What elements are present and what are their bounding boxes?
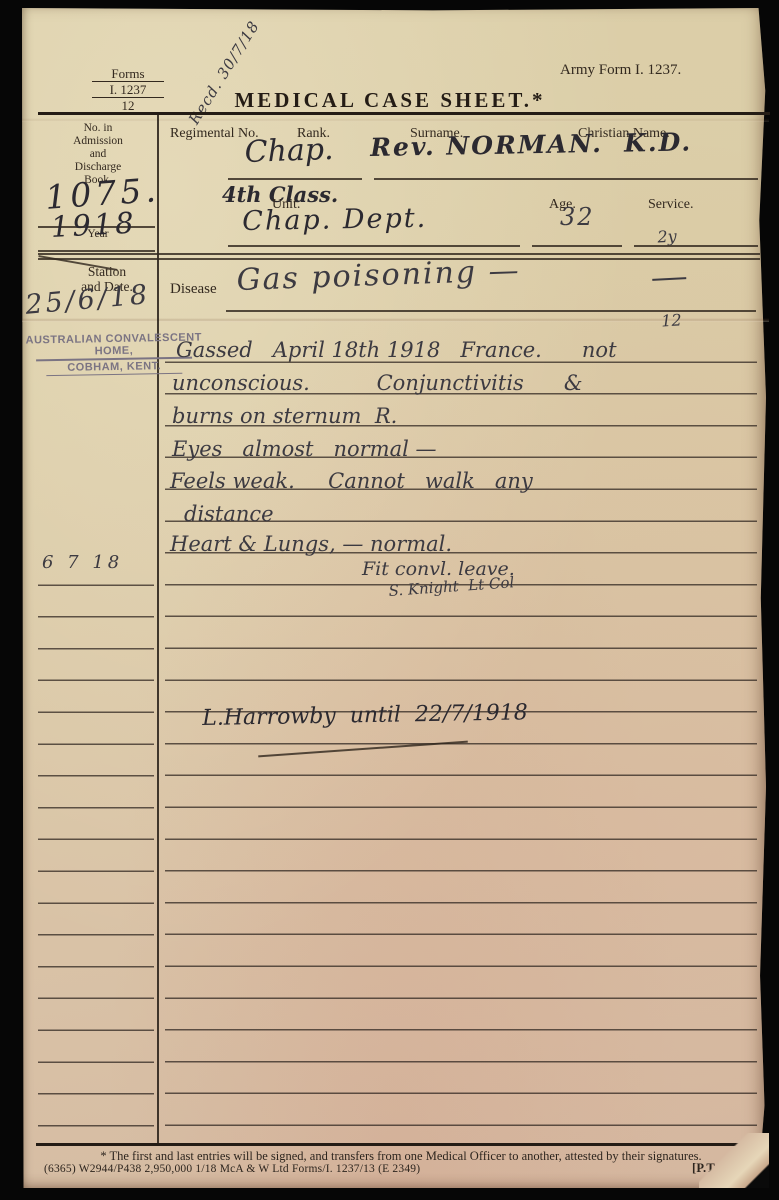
army-form-number: Army Form I. 1237.: [560, 62, 681, 79]
case-note-line: Eyes almost normal —: [172, 437, 437, 461]
case-note-line: distance: [184, 502, 274, 526]
year-value: 1918: [50, 206, 137, 244]
entry-underline: [532, 245, 622, 247]
service-numerator: 2y: [650, 228, 685, 246]
forms-box-line3: 12: [122, 98, 135, 113]
footer-rule: [36, 1143, 768, 1146]
disease-underline: [226, 310, 756, 312]
admission-label-line: Admission: [40, 135, 156, 148]
margin-date: 6 7 18: [42, 552, 123, 573]
forms-box-line2: I. 1237: [92, 82, 164, 98]
service-denominator: 12: [654, 312, 689, 330]
age-value: 32: [560, 203, 595, 231]
entry-underline: [228, 178, 362, 180]
title-rule: [38, 112, 770, 115]
footnote: * The first and last entries will be sig…: [40, 1149, 762, 1164]
case-note-line: burns on sternum R.: [172, 404, 397, 428]
entry-underline: [634, 245, 758, 247]
forms-box-line1: Forms: [92, 66, 164, 82]
page-title: MEDICAL CASE SHEET.*: [160, 88, 620, 113]
case-note-line: Heart & Lungs, — normal.: [170, 532, 452, 556]
left-rule: [38, 250, 155, 252]
admission-label-line: No. in: [40, 122, 156, 135]
forms-box: Forms I. 1237 12: [92, 66, 164, 113]
admission-label-line: and: [40, 148, 156, 161]
case-note-line: Feels weak. Cannot walk any: [170, 469, 533, 493]
disease-label: Disease: [170, 281, 217, 298]
station-label-line: Station: [52, 264, 162, 279]
double-rule-top: [38, 253, 760, 255]
entry-underline: [374, 178, 758, 180]
paper-corner-curl: [699, 1133, 769, 1188]
entry-underline: [228, 245, 520, 247]
medical-case-sheet-scan: Forms I. 1237 12 Recd. 30/7/18 Army Form…: [0, 0, 779, 1200]
name-value: Rev. NORMAN. K.D.: [370, 127, 692, 162]
unit-value: Chap. Dept.: [242, 203, 427, 237]
case-note-line: Gassed April 18th 1918 France. not: [176, 338, 617, 362]
fraction-bar: [652, 277, 686, 280]
printer-imprint: (6365) W2944/P438 2,950,000 1/18 McA & W…: [44, 1163, 420, 1175]
case-note-line: unconscious. Conjunctivitis &: [172, 371, 583, 395]
rank-value: Chap.: [244, 132, 334, 170]
